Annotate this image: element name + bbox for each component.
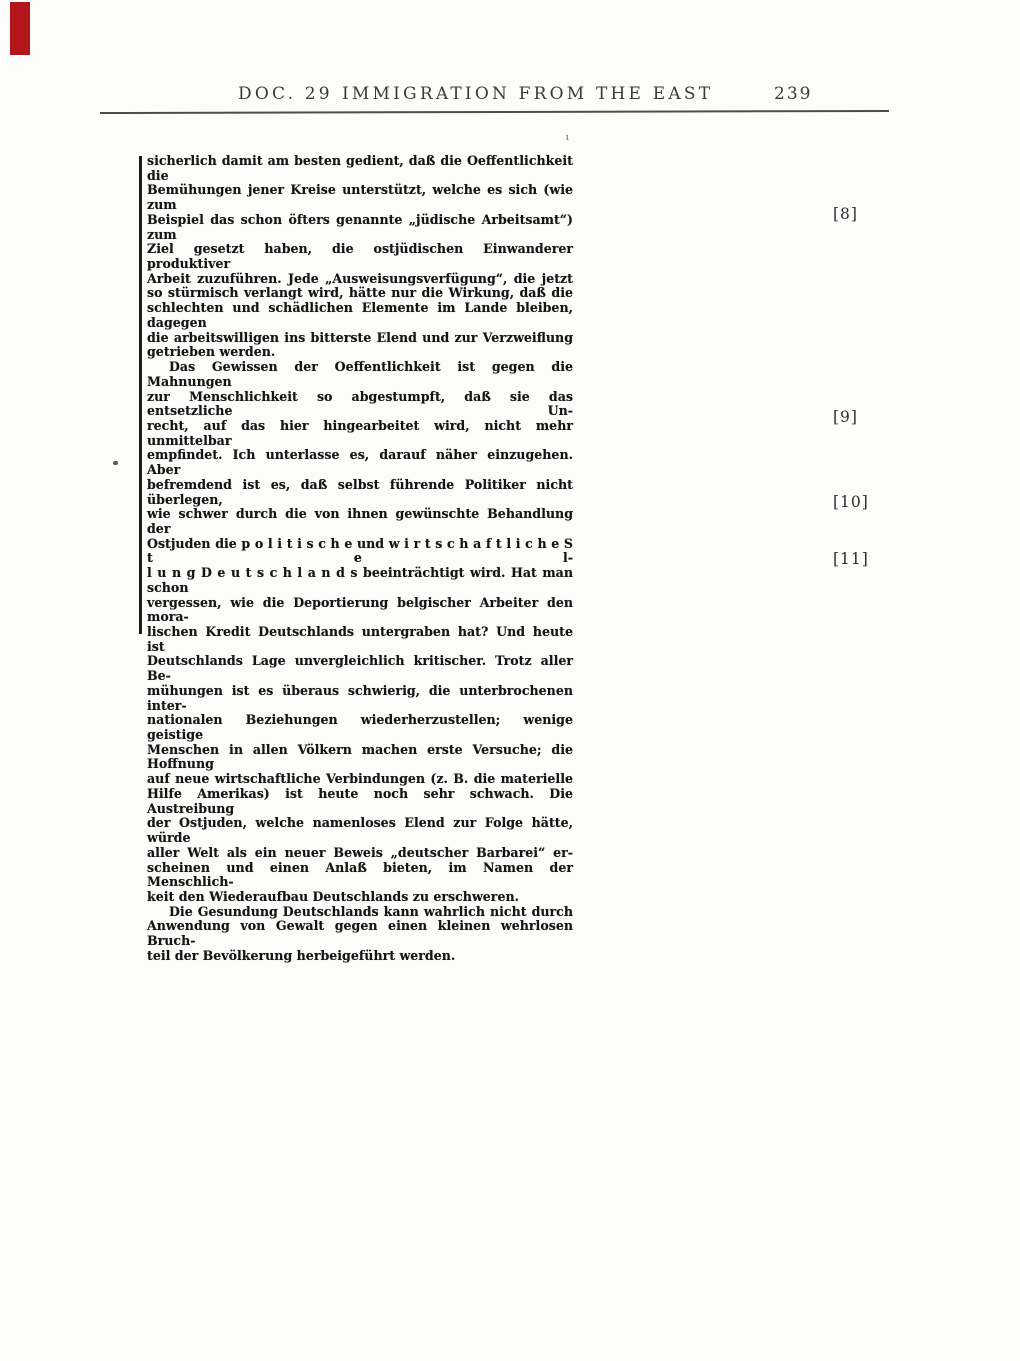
text-line: keit den Wiederaufbau Deutschlands zu er…	[147, 890, 573, 905]
text-line: vergessen, wie die Deportierung belgisch…	[147, 596, 573, 625]
text-line: lischen Kredit Deutschlands untergraben …	[147, 625, 573, 654]
text-line: so stürmisch verlangt wird, hätte nur di…	[147, 286, 573, 301]
text-line: Ostjuden die p o l i t i s c h e und w i…	[147, 537, 573, 566]
body-text: sicherlich damit am besten gedient, daß …	[147, 154, 573, 964]
text-line: recht, auf das hier hingearbeitet wird, …	[147, 419, 573, 448]
text-line: aller Welt als ein neuer Beweis „deutsch…	[147, 846, 573, 861]
text-line: befremdend ist es, daß selbst führende P…	[147, 478, 573, 507]
page-number: 239	[774, 84, 812, 104]
text-line: zur Menschlichkeit so abgestumpft, daß s…	[147, 390, 573, 419]
page-title: IMMIGRATION FROM THE EAST	[342, 84, 713, 104]
text-line: wie schwer durch die von ihnen gewünscht…	[147, 507, 573, 536]
text-line: Anwendung von Gewalt gegen einen kleinen…	[147, 919, 573, 948]
text-line: Das Gewissen der Oeffentlichkeit ist geg…	[147, 360, 573, 389]
text-line: Hilfe Amerikas) ist heute noch sehr schw…	[147, 787, 573, 816]
margin-marker: [10]	[833, 493, 869, 511]
text-line: Beispiel das schon öfters genannte „jüdi…	[147, 213, 573, 242]
text-line: nationalen Beziehungen wiederherzustelle…	[147, 713, 573, 742]
text-line: Die Gesundung Deutschlands kann wahrlich…	[147, 905, 573, 920]
text-line: teil der Bevölkerung herbeigeführt werde…	[147, 949, 573, 964]
paragraph: Das Gewissen der Oeffentlichkeit ist geg…	[147, 360, 573, 905]
text-line: mühungen ist es überaus schwierig, die u…	[147, 684, 573, 713]
text-line: getrieben werden.	[147, 345, 573, 360]
text-line: l u n g D e u t s c h l a n d s beeinträ…	[147, 566, 573, 595]
text-line: Ziel gesetzt haben, die ostjüdischen Ein…	[147, 242, 573, 271]
margin-markers: [8][9][10][11]	[833, 0, 893, 700]
footnote-mark: ¹	[565, 133, 569, 146]
margin-change-bar	[139, 156, 142, 634]
margin-marker: [8]	[833, 205, 858, 223]
text-line: der Ostjuden, welche namenloses Elend zu…	[147, 816, 573, 845]
header-rule	[100, 110, 889, 114]
text-line: schlechten und schädlichen Elemente im L…	[147, 301, 573, 330]
paragraph: Die Gesundung Deutschlands kann wahrlich…	[147, 905, 573, 964]
text-line: Arbeit zuzuführen. Jede „Ausweisungsverf…	[147, 272, 573, 287]
text-line: empfindet. Ich unterlasse es, darauf näh…	[147, 448, 573, 477]
red-binding-mark	[10, 2, 30, 55]
text-line: auf neue wirtschaftliche Verbindungen (z…	[147, 772, 573, 787]
text-line: scheinen und einen Anlaß bieten, im Name…	[147, 861, 573, 890]
margin-marker: [11]	[833, 550, 869, 568]
text-line: Menschen in allen Völkern machen erste V…	[147, 743, 573, 772]
margin-dot	[113, 461, 118, 465]
text-line: sicherlich damit am besten gedient, daß …	[147, 154, 573, 183]
paragraph: sicherlich damit am besten gedient, daß …	[147, 154, 573, 360]
doc-number-label: DOC. 29	[238, 84, 333, 104]
text-line: Bemühungen jener Kreise unterstützt, wel…	[147, 183, 573, 212]
text-line: Deutschlands Lage unvergleichlich kritis…	[147, 654, 573, 683]
margin-marker: [9]	[833, 408, 858, 426]
text-line: die arbeitswilligen ins bitterste Elend …	[147, 331, 573, 346]
